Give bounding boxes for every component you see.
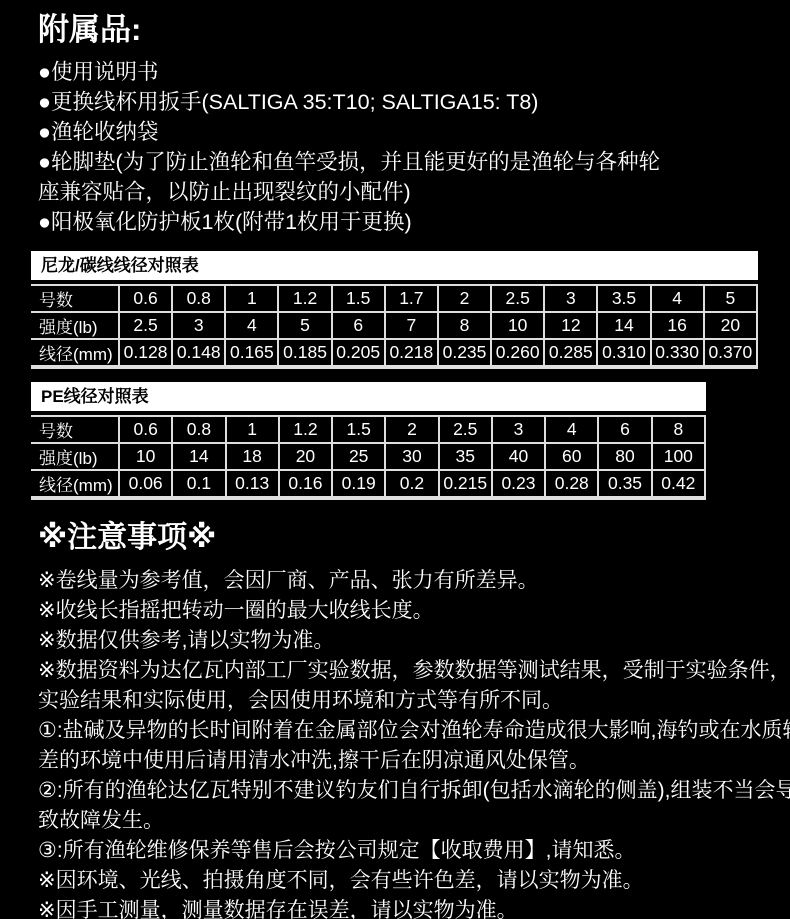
table-cell: 4 [651, 285, 704, 312]
nylon-carbon-table-grid: 号数0.60.811.21.51.722.533.545强度(lb)2.5345… [31, 284, 758, 369]
notes-list: ※卷线量为参考值，会因厂商、产品、张力有所差异。※收线长指摇把转动一圈的最大收线… [38, 566, 782, 919]
table-cell: 1.2 [278, 285, 331, 312]
table-row: 号数0.60.811.21.522.53468 [31, 416, 705, 443]
table-cell: 0.235 [438, 339, 491, 367]
table-cell: 2.5 [439, 416, 492, 443]
table-cell: 2.5 [119, 312, 172, 339]
table-cell: 6 [332, 312, 385, 339]
table-cell: 8 [652, 416, 705, 443]
table-cell: 1 [225, 285, 278, 312]
accessories-title: 附属品: [38, 12, 782, 48]
table-cell: 0.8 [172, 416, 225, 443]
table-cell: 40 [492, 443, 545, 470]
note-line: ※数据仅供参考,请以实物为准。 [38, 626, 782, 656]
table-cell: 4 [545, 416, 598, 443]
note-line: 实验结果和实际使用，会因使用环境和方式等有所不同。 [38, 686, 782, 716]
row-header: 强度(lb) [31, 312, 119, 339]
accessory-line: ●使用说明书 [38, 57, 782, 87]
table-cell: 0.28 [545, 470, 598, 498]
table-cell: 3 [544, 285, 597, 312]
table-cell: 0.185 [278, 339, 331, 367]
table-cell: 3.5 [597, 285, 650, 312]
table-cell: 0.260 [491, 339, 544, 367]
row-header: 强度(lb) [31, 443, 119, 470]
note-line: ③:所有渔轮维修保养等售后会按公司规定【收取费用】,请知悉。 [38, 836, 782, 866]
table-cell: 10 [491, 312, 544, 339]
table-cell: 2 [385, 416, 438, 443]
table-cell: 0.205 [332, 339, 385, 367]
table-cell: 18 [226, 443, 279, 470]
table-cell: 30 [385, 443, 438, 470]
row-header: 号数 [31, 416, 119, 443]
table-cell: 0.06 [119, 470, 172, 498]
note-line: ※因环境、光线、拍摄角度不同，会有些许色差，请以实物为准。 [38, 866, 782, 896]
table-cell: 0.8 [172, 285, 225, 312]
table-cell: 3 [492, 416, 545, 443]
note-line: ※数据资料为达亿瓦内部工厂实验数据，参数数据等测试结果，受制于实验条件， [38, 656, 782, 686]
table-cell: 12 [544, 312, 597, 339]
row-header: 线径(mm) [31, 339, 119, 367]
table-cell: 3 [172, 312, 225, 339]
table-cell: 1 [226, 416, 279, 443]
note-line: ②:所有的渔轮达亿瓦特别不建议钓友们自行拆卸(包括水滴轮的侧盖),组装不当会导 [38, 776, 782, 806]
table-cell: 2.5 [491, 285, 544, 312]
accessory-line: 座兼容贴合，以防止出现裂纹的小配件) [38, 177, 782, 207]
pe-line-table: PE线径对照表 号数0.60.811.21.522.53468强度(lb)101… [31, 382, 706, 500]
pe-table-grid: 号数0.60.811.21.522.53468强度(lb)10141820253… [31, 415, 706, 500]
table-cell: 14 [597, 312, 650, 339]
table-cell: 1.7 [385, 285, 438, 312]
table-cell: 0.285 [544, 339, 597, 367]
table-cell: 5 [704, 285, 757, 312]
accessories-list: ●使用说明书●更换线杯用扳手(SALTIGA 35:T10; SALTIGA15… [38, 57, 782, 237]
table-cell: 0.23 [492, 470, 545, 498]
table-cell: 25 [332, 443, 385, 470]
table-row: 线径(mm)0.060.10.130.160.190.20.2150.230.2… [31, 470, 705, 498]
note-line: ※卷线量为参考值，会因厂商、产品、张力有所差异。 [38, 566, 782, 596]
table-cell: 4 [225, 312, 278, 339]
note-line: ※因手工测量，测量数据存在误差，请以实物为准。 [38, 896, 782, 919]
accessory-line: ●渔轮收纳袋 [38, 117, 782, 147]
table-cell: 2 [438, 285, 491, 312]
table-cell: 60 [545, 443, 598, 470]
table-cell: 100 [652, 443, 705, 470]
nylon-carbon-line-table: 尼龙/碳线线径对照表 号数0.60.811.21.51.722.533.545强… [31, 251, 758, 369]
table-cell: 8 [438, 312, 491, 339]
accessory-line: ●更换线杯用扳手(SALTIGA 35:T10; SALTIGA15: T8) [38, 87, 782, 117]
table-cell: 1.5 [332, 416, 385, 443]
table-cell: 0.42 [652, 470, 705, 498]
table-cell: 0.6 [119, 416, 172, 443]
note-line: ①:盐碱及异物的长时间附着在金属部位会对渔轮寿命造成很大影响,海钓或在水质较 [38, 716, 782, 746]
accessory-line: ●阳极氧化防护板1枚(附带1枚用于更换) [38, 207, 782, 237]
table-row: 强度(lb)10141820253035406080100 [31, 443, 705, 470]
notes-title: ※注意事项※ [38, 520, 782, 556]
table-cell: 0.128 [119, 339, 172, 367]
table-cell: 7 [385, 312, 438, 339]
nylon-carbon-table-title: 尼龙/碳线线径对照表 [31, 251, 758, 280]
table-cell: 0.16 [279, 470, 332, 498]
table-cell: 0.19 [332, 470, 385, 498]
table-row: 号数0.60.811.21.51.722.533.545 [31, 285, 757, 312]
row-header: 号数 [31, 285, 119, 312]
table-cell: 20 [279, 443, 332, 470]
table-cell: 35 [439, 443, 492, 470]
table-cell: 0.215 [439, 470, 492, 498]
table-cell: 0.310 [597, 339, 650, 367]
table-cell: 0.2 [385, 470, 438, 498]
product-detail-page: 附属品: ●使用说明书●更换线杯用扳手(SALTIGA 35:T10; SALT… [0, 0, 790, 919]
note-line: 差的环境中使用后请用清水冲洗,擦干后在阴凉通风处保管。 [38, 746, 782, 776]
table-cell: 0.6 [119, 285, 172, 312]
table-cell: 6 [598, 416, 651, 443]
note-line: 致故障发生。 [38, 806, 782, 836]
table-cell: 0.148 [172, 339, 225, 367]
table-cell: 0.165 [225, 339, 278, 367]
table-cell: 0.370 [704, 339, 757, 367]
accessory-line: ●轮脚垫(为了防止渔轮和鱼竿受损，并且能更好的是渔轮与各种轮 [38, 147, 782, 177]
table-cell: 0.330 [651, 339, 704, 367]
table-cell: 0.1 [172, 470, 225, 498]
table-cell: 1.5 [332, 285, 385, 312]
row-header: 线径(mm) [31, 470, 119, 498]
table-cell: 0.35 [598, 470, 651, 498]
table-cell: 1.2 [279, 416, 332, 443]
table-row: 线径(mm)0.1280.1480.1650.1850.2050.2180.23… [31, 339, 757, 367]
table-cell: 0.218 [385, 339, 438, 367]
table-cell: 10 [119, 443, 172, 470]
table-row: 强度(lb)2.53456781012141620 [31, 312, 757, 339]
table-cell: 20 [704, 312, 757, 339]
table-cell: 5 [278, 312, 331, 339]
table-cell: 80 [598, 443, 651, 470]
note-line: ※收线长指摇把转动一圈的最大收线长度。 [38, 596, 782, 626]
table-cell: 0.13 [226, 470, 279, 498]
table-cell: 14 [172, 443, 225, 470]
pe-table-title: PE线径对照表 [31, 382, 706, 411]
table-cell: 16 [651, 312, 704, 339]
